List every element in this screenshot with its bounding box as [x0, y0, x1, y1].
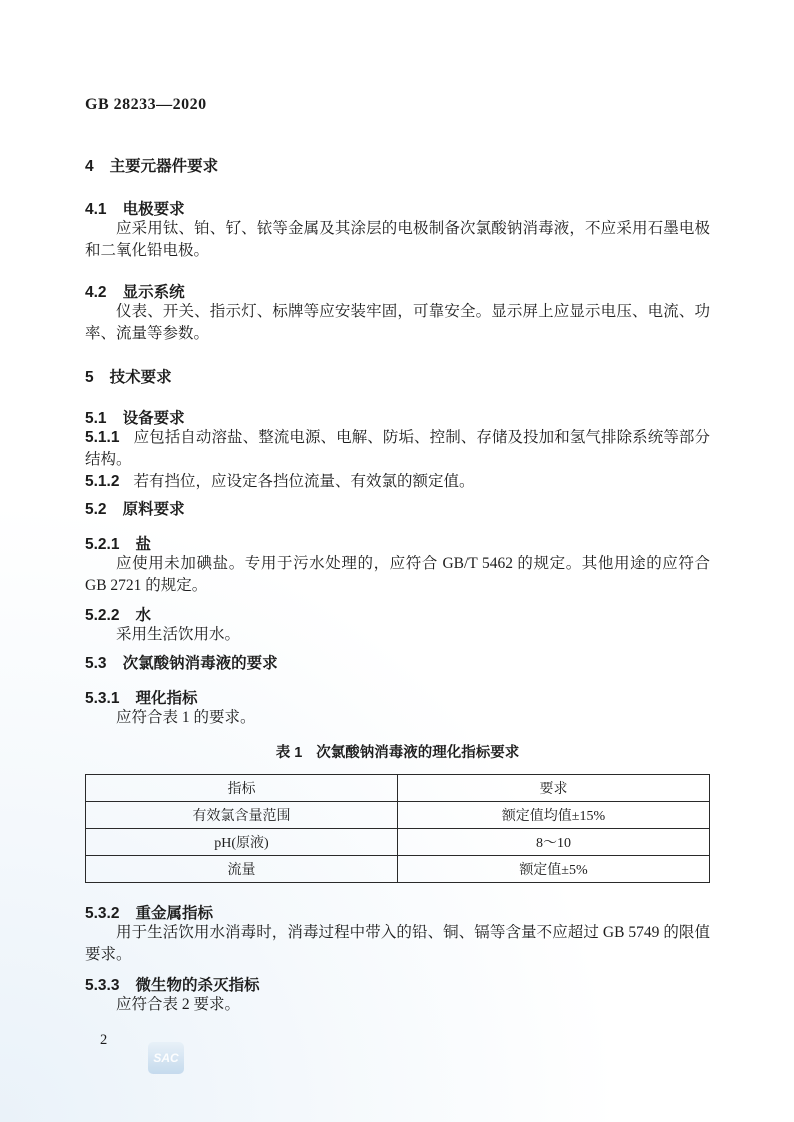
- table-header-row: 指标 要求: [86, 775, 710, 802]
- table1-caption-label: 表 1: [276, 745, 303, 761]
- section-title: 技术要求: [110, 369, 172, 386]
- section-heading-4: 4 主要元器件要求: [85, 158, 710, 175]
- section-title: 主要元器件要求: [110, 158, 219, 175]
- clause-5-1-2: 5.1.2若有挡位，应设定各挡位流量、有效氯的额定值。: [85, 471, 710, 493]
- table-row: 流量 额定值±5%: [86, 856, 710, 883]
- section-number: 4.2: [85, 284, 107, 301]
- paragraph-heavy-metal-requirement: 用于生活饮用水消毒时，消毒过程中带入的铅、铜、镉等含量不应超过 GB 5749 …: [85, 922, 710, 966]
- section-number: 5.3: [85, 655, 107, 672]
- section-heading-5-2: 5.2 原料要求: [85, 501, 710, 518]
- table-header-requirement: 要求: [398, 775, 710, 802]
- section-title: 盐: [135, 536, 151, 553]
- paragraph-table2-reference: 应符合表 2 要求。: [85, 994, 710, 1016]
- table-cell-indicator: pH(原液): [86, 829, 398, 856]
- clause-number: 5.1.2: [85, 473, 119, 490]
- paragraph-electrode-requirement: 应采用钛、铂、钌、铱等金属及其涂层的电极制备次氯酸钠消毒液，不应采用石墨电极和二…: [85, 218, 710, 262]
- section-title: 微生物的杀灭指标: [135, 977, 259, 994]
- paragraph-salt-requirement: 应使用未加碘盐。专用于污水处理的，应符合 GB/T 5462 的规定。其他用途的…: [85, 553, 710, 597]
- clause-text: 若有挡位，应设定各挡位流量、有效氯的额定值。: [133, 473, 474, 490]
- section-heading-5-3-3: 5.3.3 微生物的杀灭指标: [85, 977, 710, 994]
- section-heading-5: 5 技术要求: [85, 369, 710, 386]
- table-cell-requirement: 额定值±5%: [398, 856, 710, 883]
- section-title: 重金属指标: [135, 905, 213, 922]
- table-cell-indicator: 有效氯含量范围: [86, 802, 398, 829]
- section-heading-4-2: 4.2 显示系统: [85, 284, 710, 301]
- section-heading-5-3-1: 5.3.1 理化指标: [85, 690, 710, 707]
- document-page: GB 28233—2020 4 主要元器件要求 4.1 电极要求 应采用钛、铂、…: [0, 0, 794, 1016]
- section-heading-5-1: 5.1 设备要求: [85, 410, 710, 427]
- table-header-indicator: 指标: [86, 775, 398, 802]
- section-number: 5.3.1: [85, 690, 119, 707]
- paragraph-table1-reference: 应符合表 1 的要求。: [85, 707, 710, 729]
- table1-caption-title: 次氯酸钠消毒液的理化指标要求: [316, 745, 519, 761]
- table1-physicochemical-indicators: 指标 要求 有效氯含量范围 额定值均值±15% pH(原液) 8～10 流量 额…: [85, 774, 710, 883]
- section-title: 原料要求: [123, 501, 185, 518]
- table-cell-requirement: 额定值均值±15%: [398, 802, 710, 829]
- section-title: 电极要求: [123, 201, 185, 218]
- standard-number-header: GB 28233—2020: [85, 96, 710, 114]
- page-number: 2: [100, 1032, 107, 1049]
- clause-number: 5.1.1: [85, 429, 119, 446]
- table-row: pH(原液) 8～10: [86, 829, 710, 856]
- table-cell-indicator: 流量: [86, 856, 398, 883]
- section-number: 5.1: [85, 410, 107, 427]
- section-number: 5.3.3: [85, 977, 119, 994]
- section-heading-4-1: 4.1 电极要求: [85, 201, 710, 218]
- section-number: 4.1: [85, 201, 107, 218]
- section-title: 设备要求: [123, 410, 185, 427]
- section-number: 5.2: [85, 501, 107, 518]
- section-heading-5-2-1: 5.2.1 盐: [85, 536, 710, 553]
- section-number: 4: [85, 158, 94, 175]
- section-title: 水: [135, 607, 151, 624]
- section-heading-5-3: 5.3 次氯酸钠消毒液的要求: [85, 655, 710, 672]
- section-title: 显示系统: [123, 284, 185, 301]
- section-heading-5-3-2: 5.3.2 重金属指标: [85, 905, 710, 922]
- table1-caption: 表 1次氯酸钠消毒液的理化指标要求: [85, 741, 710, 762]
- clause-5-1-1: 5.1.1应包括自动溶盐、整流电源、电解、防垢、控制、存储及投加和氢气排除系统等…: [85, 427, 710, 471]
- section-heading-5-2-2: 5.2.2 水: [85, 607, 710, 624]
- section-number: 5.2.2: [85, 607, 119, 624]
- clause-text: 应包括自动溶盐、整流电源、电解、防垢、控制、存储及投加和氢气排除系统等部分结构。: [85, 429, 710, 468]
- section-title: 理化指标: [135, 690, 197, 707]
- section-title: 次氯酸钠消毒液的要求: [123, 655, 278, 672]
- table-cell-requirement: 8～10: [398, 829, 710, 856]
- sac-watermark-logo: SAC: [148, 1042, 184, 1074]
- paragraph-display-requirement: 仪表、开关、指示灯、标牌等应安装牢固，可靠安全。显示屏上应显示电压、电流、功率、…: [85, 301, 710, 345]
- table-row: 有效氯含量范围 额定值均值±15%: [86, 802, 710, 829]
- section-number: 5: [85, 369, 94, 386]
- section-number: 5.2.1: [85, 536, 119, 553]
- section-number: 5.3.2: [85, 905, 119, 922]
- paragraph-water-requirement: 采用生活饮用水。: [85, 624, 710, 646]
